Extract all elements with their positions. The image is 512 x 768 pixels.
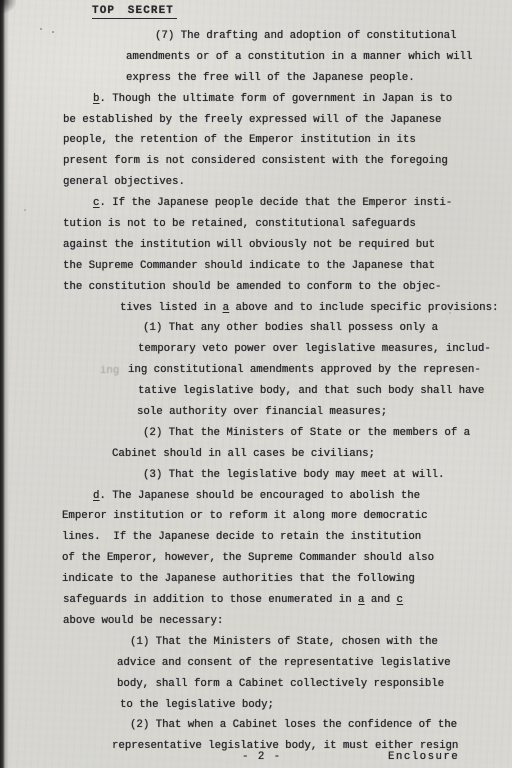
text-line: above would be necessary: [0,611,512,632]
text-line: Cabinet should in all cases be civilians… [0,444,512,465]
text-line: of the Emperor, however, the Supreme Com… [0,548,512,569]
text-segment: body, shall form a Cabinet collectively … [117,678,444,690]
text-segment: indicate to the Japanese authorities tha… [62,573,415,585]
text-segment: safeguards in addition to those enumerat… [63,594,358,606]
text-line: (1) That the Ministers of State, chosen … [0,632,512,653]
text-line: lines. If the Japanese decide to retain … [0,527,512,548]
text-segment: express the free will of the Japanese pe… [126,72,415,84]
text-segment: advice and consent of the representative… [117,657,451,669]
page-number: - 2 - [242,750,282,764]
text-segment: above and to include specific provisions… [229,302,498,314]
text-segment: . The Japanese should be encouraged to a… [99,490,420,502]
text-segment: be established by the freely expressed w… [63,114,441,126]
text-line: against the institution will obviously n… [0,235,512,256]
text-segment: against the institution will obviously n… [63,239,435,251]
text-segment: (2) That when a Cabinet loses the confid… [130,719,457,731]
text-line: safeguards in addition to those enumerat… [0,590,512,611]
text-segment: (2) That the Ministers of State or the m… [143,427,470,439]
text-line: (2) That the Ministers of State or the m… [0,423,512,444]
document-page: TOP SECRET (7) The drafting and adoption… [0,0,512,768]
text-segment: of the Emperor, however, the Supreme Com… [62,552,434,564]
text-segment: and [364,594,396,606]
text-segment: tution is not to be retained, constituti… [63,218,416,230]
text-line: (1) That any other bodies shall possess … [0,318,512,339]
text-line: inging constitutional amendments approve… [0,360,512,381]
text-segment: above would be necessary: [63,615,223,627]
text-line: to the legislative body; [0,695,512,716]
text-line: express the free will of the Japanese pe… [0,68,512,89]
text-segment: (3) That the legislative body may meet a… [143,469,444,481]
text-segment: to the legislative body; [120,699,274,711]
text-line: advice and consent of the representative… [0,653,512,674]
text-line: body, shall form a Cabinet collectively … [0,674,512,695]
text-line: (2) That when a Cabinet loses the confid… [0,715,512,736]
text-segment: the Supreme Commander should indicate to… [63,260,435,272]
text-segment: tative legislative body, and that such b… [138,385,484,397]
text-segment: . Though the ultimate form of government… [99,93,452,105]
text-segment: Cabinet should in all cases be civilians… [112,448,375,460]
text-line: people, the retention of the Emperor ins… [0,130,512,151]
text-line: tution is not to be retained, constituti… [0,214,512,235]
text-line: present form is not considered consisten… [0,151,512,172]
text-segment: people, the retention of the Emperor ins… [63,134,416,146]
text-line: c. If the Japanese people decide that th… [0,193,512,214]
text-segment: general objectives. [63,176,185,188]
scan-corner-smudge [0,0,16,14]
text-segment: (1) That the Ministers of State, chosen … [130,636,438,648]
text-segment: tives listed in [120,302,223,314]
text-segment: . If the Japanese people decide that the… [99,197,452,209]
text-line: Emperor institution or to reform it alon… [0,506,512,527]
text-segment: Emperor institution or to reform it alon… [62,510,428,522]
text-segment: the constitution should be amended to co… [63,281,441,293]
text-line: tives listed in a above and to include s… [0,298,512,319]
document-body: (7) The drafting and adoption of constit… [0,26,512,757]
underlined-text: c [397,594,403,606]
enclosure-label: Enclosure [388,750,459,764]
text-line: tative legislative body, and that such b… [0,381,512,402]
text-segment: ing constitutional amendments approved b… [128,364,481,376]
text-segment: present form is not considered consisten… [63,155,448,167]
text-line: d. The Japanese should be encouraged to … [0,486,512,507]
text-line: general objectives. [0,172,512,193]
text-segment: temporary veto power over legislative me… [138,343,491,355]
text-segment: lines. If the Japanese decide to retain … [62,531,421,543]
ghost-text-artifact: ing [100,361,119,382]
text-line: temporary veto power over legislative me… [0,339,512,360]
text-line: the constitution should be amended to co… [0,277,512,298]
text-line: (7) The drafting and adoption of constit… [0,26,512,47]
text-line: the Supreme Commander should indicate to… [0,256,512,277]
text-line: indicate to the Japanese authorities tha… [0,569,512,590]
text-segment: amendments or of a constitution in a man… [126,51,472,63]
text-line: b. Though the ultimate form of governmen… [0,89,512,110]
text-line: (3) That the legislative body may meet a… [0,465,512,486]
text-line: sole authority over financial measures; [0,402,512,423]
text-segment: sole authority over financial measures; [137,406,387,418]
classification-stamp: TOP SECRET [92,5,177,19]
text-segment: (7) The drafting and adoption of constit… [155,30,456,42]
text-segment: (1) That any other bodies shall possess … [143,322,438,334]
text-line: amendments or of a constitution in a man… [0,47,512,68]
text-line: be established by the freely expressed w… [0,110,512,131]
